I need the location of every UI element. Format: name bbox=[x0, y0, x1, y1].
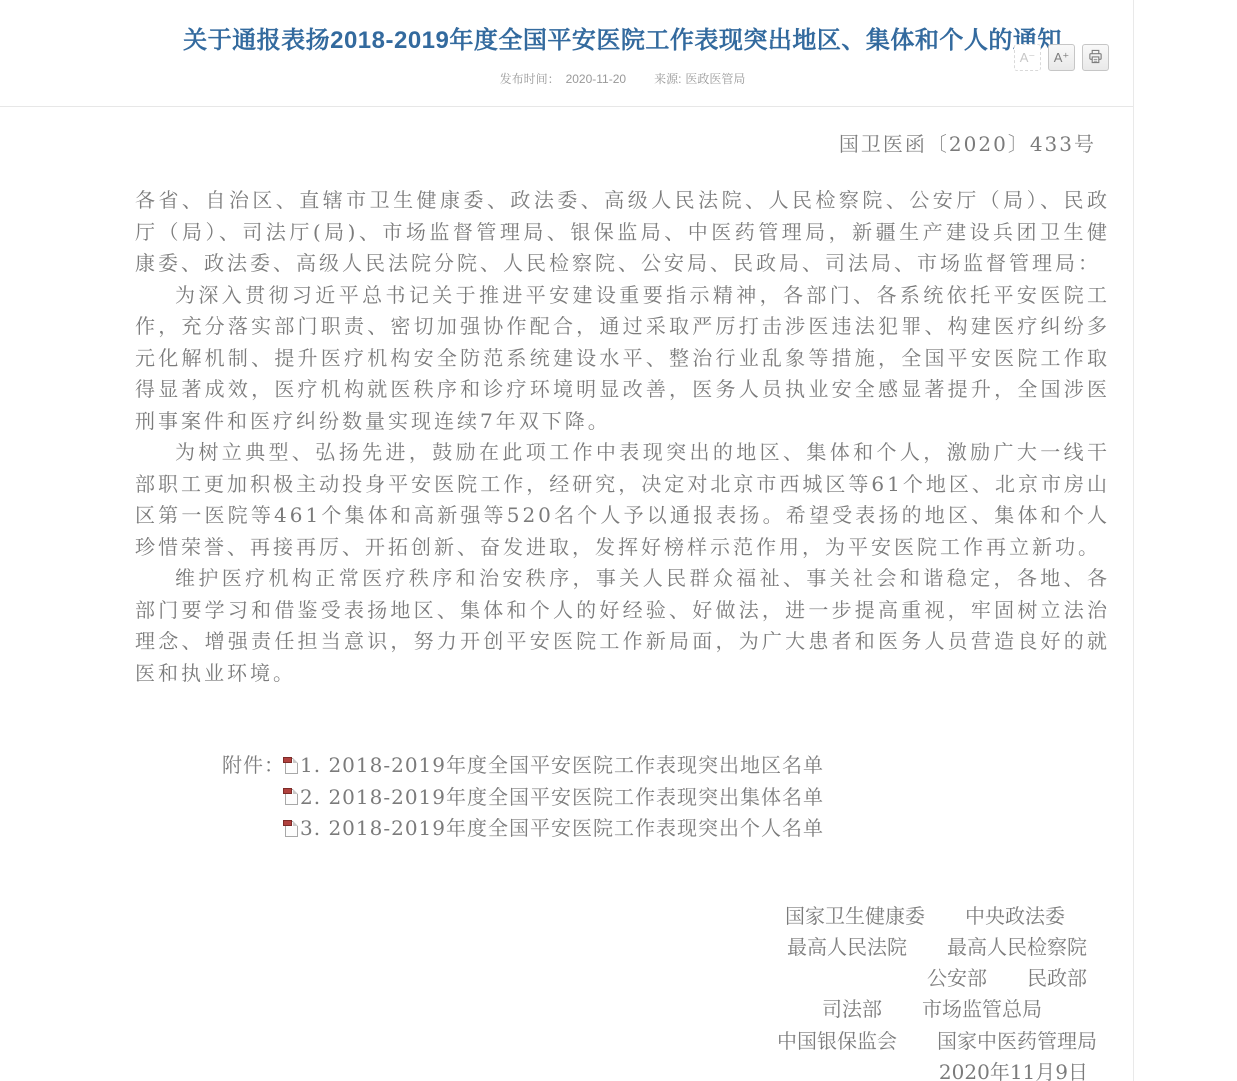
paragraph-commendation: 为树立典型、弘扬先进，鼓励在此项工作中表现突出的地区、集体和个人，激励广大一线干… bbox=[135, 437, 1110, 563]
font-decrease-button[interactable]: A⁻ bbox=[1014, 44, 1041, 71]
attachment-link-collectives[interactable]: 2. 2018-2019年度全国平安医院工作表现突出集体名单 bbox=[285, 782, 824, 814]
page-title: 关于通报表扬2018-2019年度全国平安医院工作表现突出地区、集体和个人的通知 bbox=[135, 24, 1110, 58]
paragraph-expectation: 维护医疗机构正常医疗秩序和治安秩序，事关人民群众福祉、事关社会和谐稳定，各地、各… bbox=[135, 563, 1110, 689]
signature-block: 国家卫生健康委 中央政法委 最高人民法院 最高人民检察院 公安部 民政部 司法部… bbox=[135, 901, 1110, 1081]
article-meta: 发布时间：2020-11-20来源:医政医管局 bbox=[135, 71, 1110, 87]
font-increase-button[interactable]: A⁺ bbox=[1048, 44, 1075, 71]
attachment-text: 2. 2018-2019年度全国平安医院工作表现突出集体名单 bbox=[300, 782, 824, 814]
print-button[interactable] bbox=[1082, 44, 1109, 71]
attachment-text: 1. 2018-2019年度全国平安医院工作表现突出地区名单 bbox=[300, 750, 824, 782]
signature-line: 国家卫生健康委 中央政法委 bbox=[135, 901, 1110, 932]
attachment-doc-icon bbox=[285, 789, 298, 805]
attachment-icon-red-tab bbox=[283, 820, 292, 826]
attachment-link-regions[interactable]: 1. 2018-2019年度全国平安医院工作表现突出地区名单 bbox=[285, 750, 824, 782]
publish-time-label: 发布时间： bbox=[500, 71, 560, 87]
source-value: 医政医管局 bbox=[685, 71, 745, 87]
signature-date: 2020年11月9日 bbox=[135, 1057, 1110, 1081]
attachments-list: 1. 2018-2019年度全国平安医院工作表现突出地区名单 2. 2018-2… bbox=[285, 750, 824, 845]
attachment-doc-icon bbox=[285, 758, 298, 774]
attachment-icon-red-tab bbox=[283, 788, 292, 794]
attachments-section: 附件： 1. 2018-2019年度全国平安医院工作表现突出地区名单 2. 20… bbox=[222, 750, 1110, 845]
paragraph-addressees: 各省、自治区、直辖市卫生健康委、政法委、高级人民法院、人民检察院、公安厅（局）、… bbox=[135, 185, 1110, 280]
attachment-link-individuals[interactable]: 3. 2018-2019年度全国平安医院工作表现突出个人名单 bbox=[285, 813, 824, 845]
paragraph-achievements: 为深入贯彻习近平总书记关于推进平安建设重要指示精神，各部门、各系统依托平安医院工… bbox=[135, 280, 1110, 438]
font-print-toolbar: A⁻ A⁺ bbox=[1014, 44, 1109, 71]
signature-line: 司法部 市场监管总局 bbox=[135, 994, 1110, 1025]
page: 关于通报表扬2018-2019年度全国平安医院工作表现突出地区、集体和个人的通知… bbox=[0, 0, 1237, 1081]
document-number: 国卫医函〔2020〕433号 bbox=[135, 130, 1110, 158]
attachment-doc-icon bbox=[285, 821, 298, 837]
signature-line: 公安部 民政部 bbox=[135, 963, 1110, 994]
attachments-label: 附件： bbox=[222, 750, 285, 782]
article-container: 关于通报表扬2018-2019年度全国平安医院工作表现突出地区、集体和个人的通知… bbox=[0, 0, 1134, 1081]
source-label: 来源: bbox=[654, 71, 681, 87]
publish-time-value: 2020-11-20 bbox=[566, 71, 627, 87]
attachment-icon-red-tab bbox=[283, 757, 292, 763]
signature-line: 中国银保监会 国家中医药管理局 bbox=[135, 1026, 1110, 1057]
attachment-text: 3. 2018-2019年度全国平安医院工作表现突出个人名单 bbox=[300, 813, 824, 845]
article-header: 关于通报表扬2018-2019年度全国平安医院工作表现突出地区、集体和个人的通知… bbox=[0, 0, 1133, 107]
printer-icon bbox=[1088, 49, 1103, 67]
signature-line: 最高人民法院 最高人民检察院 bbox=[135, 932, 1110, 963]
document-body: 各省、自治区、直辖市卫生健康委、政法委、高级人民法院、人民检察院、公安厅（局）、… bbox=[135, 185, 1110, 689]
